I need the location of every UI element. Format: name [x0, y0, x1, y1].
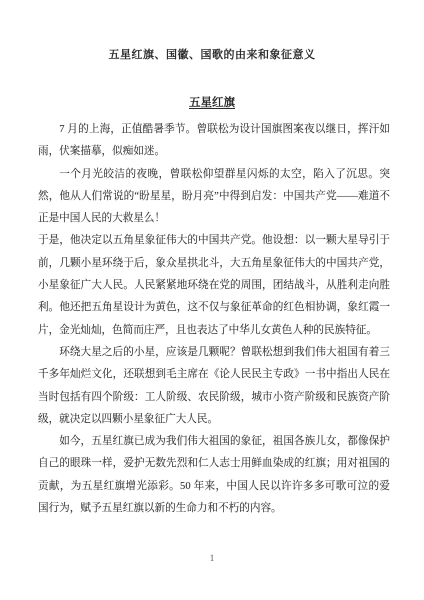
document-page: 五星红旗、国徽、国歌的由来和象征意义 五星红旗 7 月的上海，正值酷暑季节。曾联…: [0, 0, 424, 600]
paragraph: 7 月的上海，正值酷暑季节。曾联松为设计国旗图案夜以继日，挥汗如雨，伏案描摹，似…: [38, 119, 390, 164]
paragraph: 环绕大星之后的小星，应该是几颗呢？曾联松想到我们伟大祖国有着三千多年灿烂文化，还…: [38, 342, 390, 431]
document-title: 五星红旗、国徽、国歌的由来和象征意义: [0, 0, 424, 62]
page-number: 1: [0, 553, 424, 563]
document-body: 7 月的上海，正值酷暑季节。曾联松为设计国旗图案夜以继日，挥汗如雨，伏案描摹，似…: [38, 119, 390, 520]
section-heading: 五星红旗: [0, 62, 424, 111]
paragraph: 于是，他决定以五角星象征伟大的中国共产党。他设想：以一颗大星导引于前，几颗小星环…: [38, 230, 390, 341]
paragraph: 一个月光皎洁的夜晚，曾联松仰望群星闪烁的太空，陷入了沉思。突然，他从人们常说的“…: [38, 164, 390, 231]
paragraph: 如今，五星红旗已成为我们伟大祖国的象征，祖国各族儿女，都像保护自己的眼珠一样，爱…: [38, 431, 390, 520]
